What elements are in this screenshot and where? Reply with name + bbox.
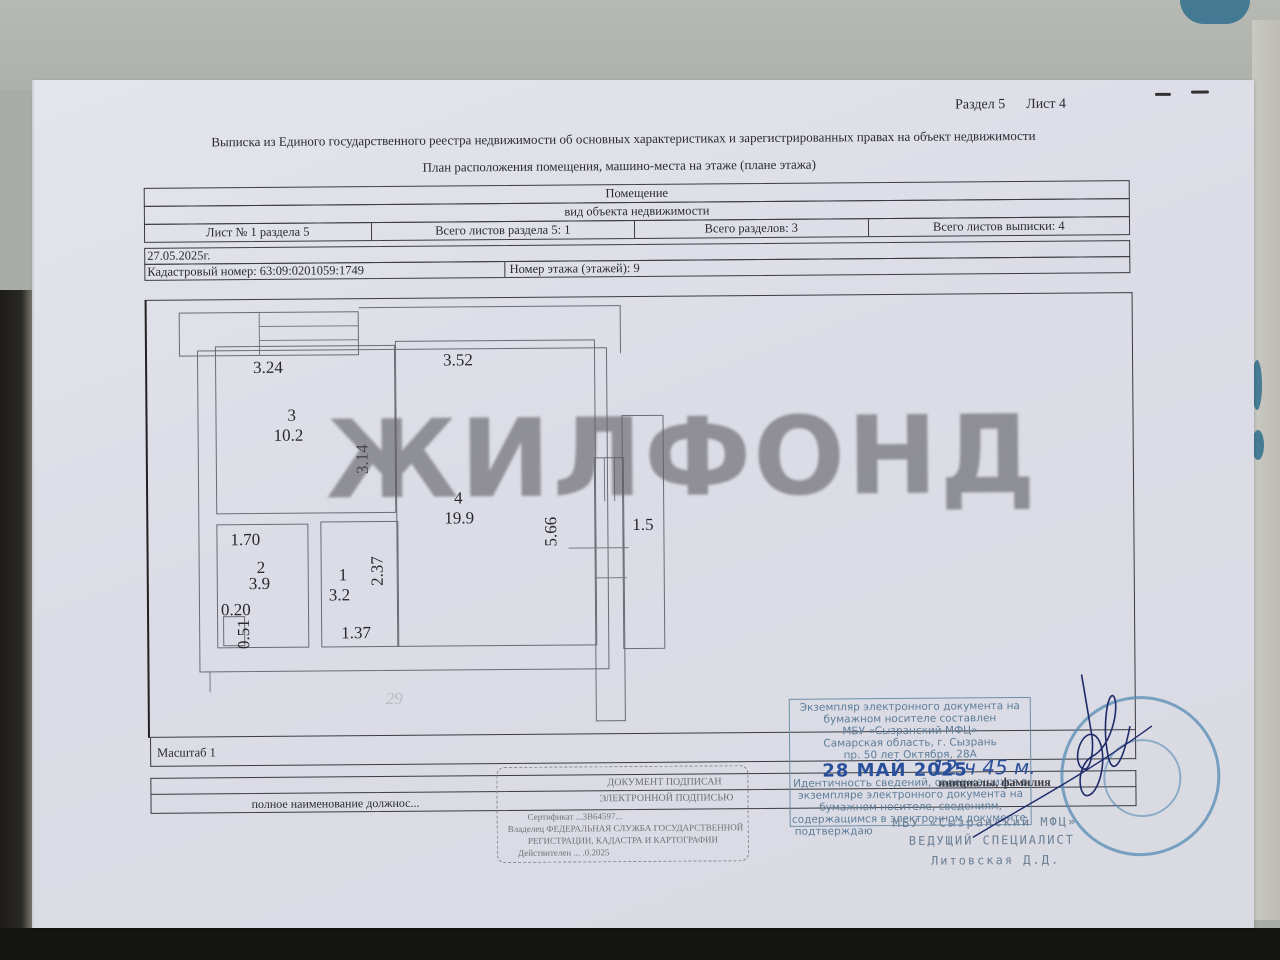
handwritten-signature-icon (961, 666, 1162, 848)
dim-room-1-height: 2.37 (367, 556, 387, 586)
stamp-line: Владелец ФЕДЕРАЛЬНАЯ СЛУЖБА ГОСУДАРСТВЕН… (508, 822, 744, 834)
sheet-label: Лист 4 (1026, 97, 1066, 112)
staple-icon (1191, 91, 1209, 94)
faint-mark: 29 (386, 689, 403, 709)
dim-room-2-niche-width: 0.20 (221, 600, 251, 620)
room-3-area: 10.2 (274, 426, 304, 446)
room-1-area: 3.2 (329, 585, 350, 605)
position-caption: полное наименование должнос... (251, 796, 419, 812)
document-sheet: Раздел 5 Лист 4 Выписка из Единого госуд… (0, 0, 1280, 960)
name-stamp: Литовская Д.Д. (931, 853, 1060, 868)
room-1-number: 1 (339, 565, 348, 585)
sections-total: Всего разделов: 3 (634, 219, 868, 238)
section-label: Раздел 5 (955, 97, 1005, 112)
extract-sheets-total: Всего листов выписки: 4 (868, 217, 1130, 236)
floor-number: Номер этажа (этажей): 9 (505, 257, 1130, 277)
stamp-line: ДОКУМЕНТ ПОДПИСАН (607, 776, 721, 788)
plan-line (209, 672, 210, 692)
room-3-number: 3 (287, 406, 296, 426)
stamp-line: РЕГИСТРАЦИИ, КАДАСТРА И КАРТОГРАФИИ (528, 834, 718, 845)
document-subtitle: План расположения помещения, машино-мест… (422, 157, 815, 176)
staple-icon (1155, 93, 1171, 96)
watermark-logo: ЖИЛФОНД (325, 393, 1038, 524)
dim-room-4-width: 3.52 (443, 350, 473, 370)
dim-room-1-width: 1.37 (341, 623, 371, 643)
dim-room-3-width: 3.24 (253, 358, 283, 378)
dim-room-2-niche-depth: 0.51 (234, 619, 254, 649)
extract-date: 27.05.2025г. (147, 248, 210, 263)
document-title: Выписка из Единого государственного реес… (211, 128, 1035, 150)
stamp-line: ЭЛЕКТРОННОЙ ПОДПИСЬЮ (599, 792, 733, 804)
room-2-area: 3.9 (249, 574, 270, 594)
stamp-line: Действителен ... .0.2025 (518, 847, 610, 858)
cadastral-number: Кадастровый номер: 63:09:0201059:1749 (145, 262, 504, 280)
section-sheet-label: Раздел 5 Лист 4 (955, 97, 1066, 114)
section-sheets-total: Всего листов раздела 5: 1 (371, 221, 635, 240)
e-signature-stamp: ДОКУМЕНТ ПОДПИСАН ЭЛЕКТРОННОЙ ПОДПИСЬЮ С… (496, 765, 749, 863)
dim-room-2-width: 1.70 (230, 530, 260, 550)
header-table: Помещение вид объекта недвижимости Лист … (144, 180, 1130, 188)
sheet-number: Лист № 1 раздела 5 (145, 223, 371, 242)
scale-label: Масштаб 1 (157, 745, 216, 760)
stamp-line: Сертификат ...3B64597... (528, 811, 623, 822)
